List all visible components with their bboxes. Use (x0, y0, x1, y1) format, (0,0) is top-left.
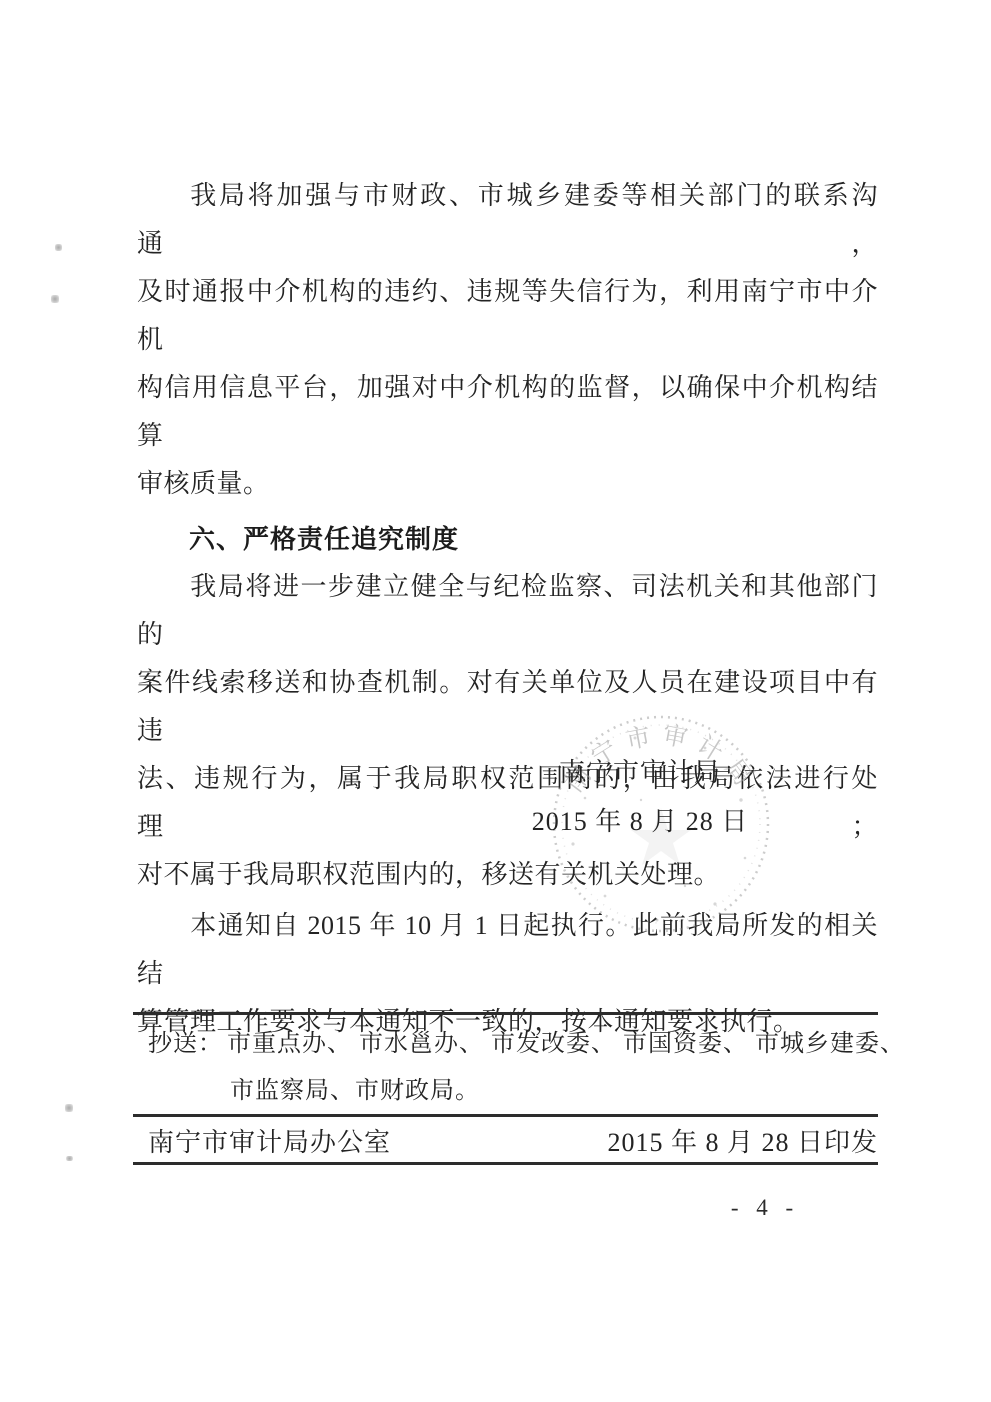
paragraph-2-line-2: 案件线索移送和协查机制。对有关单位及人员在建设项目中有违 (137, 659, 878, 755)
paragraph-2-line-1: 我局将进一步建立健全与纪检监察、司法机关和其他部门的 (137, 563, 878, 659)
scan-speck (65, 1104, 73, 1112)
cc-line-1: 抄送：市重点办、 市水邕办、 市发改委、 市国资委、 市城乡建委、 (148, 1021, 868, 1068)
signature-date: 2015 年 8 月 28 日 (470, 797, 810, 846)
divider-top (133, 1012, 878, 1015)
issuing-office: 南宁市审计局办公室 (148, 1126, 391, 1160)
paragraph-1-line-3: 构信用信息平台，加强对中介机构的监督，以确保中介机构结算 (137, 364, 878, 460)
divider-middle (133, 1114, 878, 1117)
paragraph-2-line-4: 对不属于我局职权范围内的，移送有关机关处理。 (137, 851, 878, 899)
cc-line-2: 市监察局、市财政局。 (148, 1068, 868, 1115)
document-page: 我局将加强与市财政、市城乡建委等相关部门的联系沟通， 及时通报中介机构的违约、违… (0, 0, 991, 1402)
page-number: - 4 - (718, 1195, 808, 1221)
cc-block: 抄送：市重点办、 市水邕办、 市发改委、 市国资委、 市城乡建委、 市监察局、市… (148, 1021, 868, 1115)
divider-bottom (133, 1162, 878, 1165)
paragraph-1-line-4: 审核质量。 (137, 460, 878, 508)
paragraph-1-line-1: 我局将加强与市财政、市城乡建委等相关部门的联系沟通， (137, 172, 878, 268)
paragraph-1-line-2: 及时通报中介机构的违约、违规等失信行为，利用南宁市中介机 (137, 268, 878, 364)
cc-label: 抄送： (148, 1031, 223, 1057)
print-date: 2015 年 8 月 28 日印发 (607, 1126, 878, 1160)
paragraph-3-line-1: 本通知自 2015 年 10 月 1 日起执行。此前我局所发的相关结 (137, 902, 878, 998)
section-heading: 六、严格责任追究制度 (137, 515, 878, 563)
scan-speck (66, 1156, 73, 1161)
signature-block: 南宁市审计局 2015 年 8 月 28 日 (470, 748, 810, 846)
scan-speck (55, 244, 62, 251)
cc-recipients-1: 市重点办、 市水邕办、 市发改委、 市国资委、 市城乡建委、 (227, 1031, 905, 1057)
signature-org: 南宁市审计局 (470, 748, 810, 797)
scan-speck (51, 295, 59, 303)
issuer-row: 南宁市审计局办公室 2015 年 8 月 28 日印发 (148, 1126, 878, 1160)
document-body: 我局将加强与市财政、市城乡建委等相关部门的联系沟通， 及时通报中介机构的违约、违… (137, 172, 878, 1046)
